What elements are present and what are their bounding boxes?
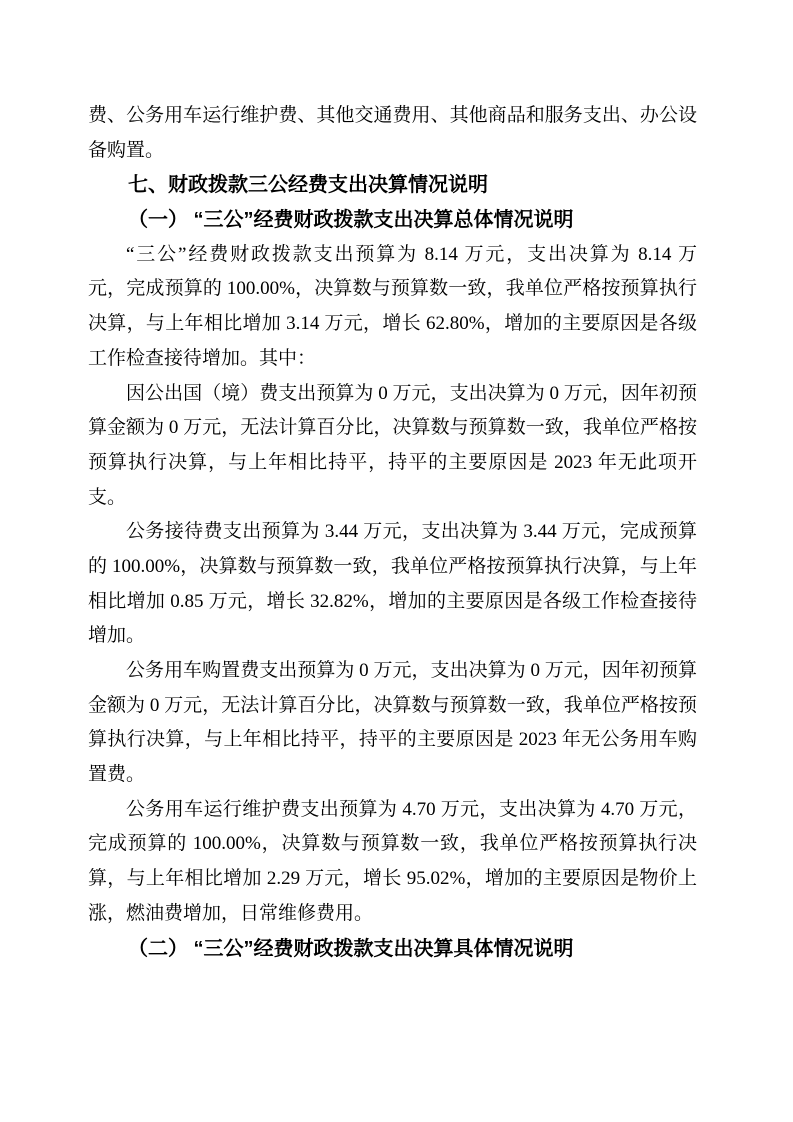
text-line: 算，与上年相比增加 2.29 万元，增长 95.02%，增加的主要原因是物价上 xyxy=(88,862,697,897)
text-line: 决算，与上年相比增加 3.14 万元，增长 62.80%，增加的主要原因是各级 xyxy=(88,307,697,342)
text-line: 备购置。 xyxy=(88,134,697,169)
text-line: “三公”经费财政拨款支出预算为 8.14 万元，支出决算为 8.14 万 xyxy=(88,238,697,273)
text-line: 置费。 xyxy=(88,758,697,793)
text-line: 算执行决算，与上年相比持平，持平的主要原因是 2023 年无公务用车购 xyxy=(88,723,697,758)
text-line: 涨，燃油费增加，日常维修费用。 xyxy=(88,897,697,932)
text-line: 公务接待费支出预算为 3.44 万元，支出决算为 3.44 万元，完成预算 xyxy=(88,515,697,550)
document-page: 费、公务用车运行维护费、其他交通费用、其他商品和服务支出、办公设备购置。七、财政… xyxy=(0,0,793,1122)
text-line: 费、公务用车运行维护费、其他交通费用、其他商品和服务支出、办公设 xyxy=(88,99,697,134)
section-heading: 七、财政拨款三公经费支出决算情况说明 xyxy=(88,168,697,203)
text-line: 因公出国（境）费支出预算为 0 万元，支出决算为 0 万元，因年初预 xyxy=(88,377,697,412)
text-line: 预算执行决算，与上年相比持平，持平的主要原因是 2023 年无此项开 xyxy=(88,446,697,481)
text-line: 公务用车购置费支出预算为 0 万元，支出决算为 0 万元，因年初预算 xyxy=(88,654,697,689)
section-heading: （一） “三公”经费财政拨款支出决算总体情况说明 xyxy=(88,203,697,238)
text-line: 元，完成预算的 100.00%，决算数与预算数一致，我单位严格按预算执行 xyxy=(88,272,697,307)
text-line: 算金额为 0 万元，无法计算百分比，决算数与预算数一致，我单位严格按 xyxy=(88,411,697,446)
text-line: 公务用车运行维护费支出预算为 4.70 万元，支出决算为 4.70 万元， xyxy=(88,793,697,828)
text-line: 相比增加 0.85 万元，增长 32.82%，增加的主要原因是各级工作检查接待 xyxy=(88,585,697,620)
text-line: 金额为 0 万元，无法计算百分比，决算数与预算数一致，我单位严格按预 xyxy=(88,689,697,724)
text-line: 增加。 xyxy=(88,619,697,654)
text-line: 工作检查接待增加。其中： xyxy=(88,342,697,377)
text-line: 完成预算的 100.00%，决算数与预算数一致，我单位严格按预算执行决 xyxy=(88,827,697,862)
text-block: 费、公务用车运行维护费、其他交通费用、其他商品和服务支出、办公设备购置。七、财政… xyxy=(88,99,697,966)
section-heading: （二） “三公”经费财政拨款支出决算具体情况说明 xyxy=(88,932,697,967)
text-line: 支。 xyxy=(88,481,697,516)
text-line: 的 100.00%，决算数与预算数一致，我单位严格按预算执行决算，与上年 xyxy=(88,550,697,585)
